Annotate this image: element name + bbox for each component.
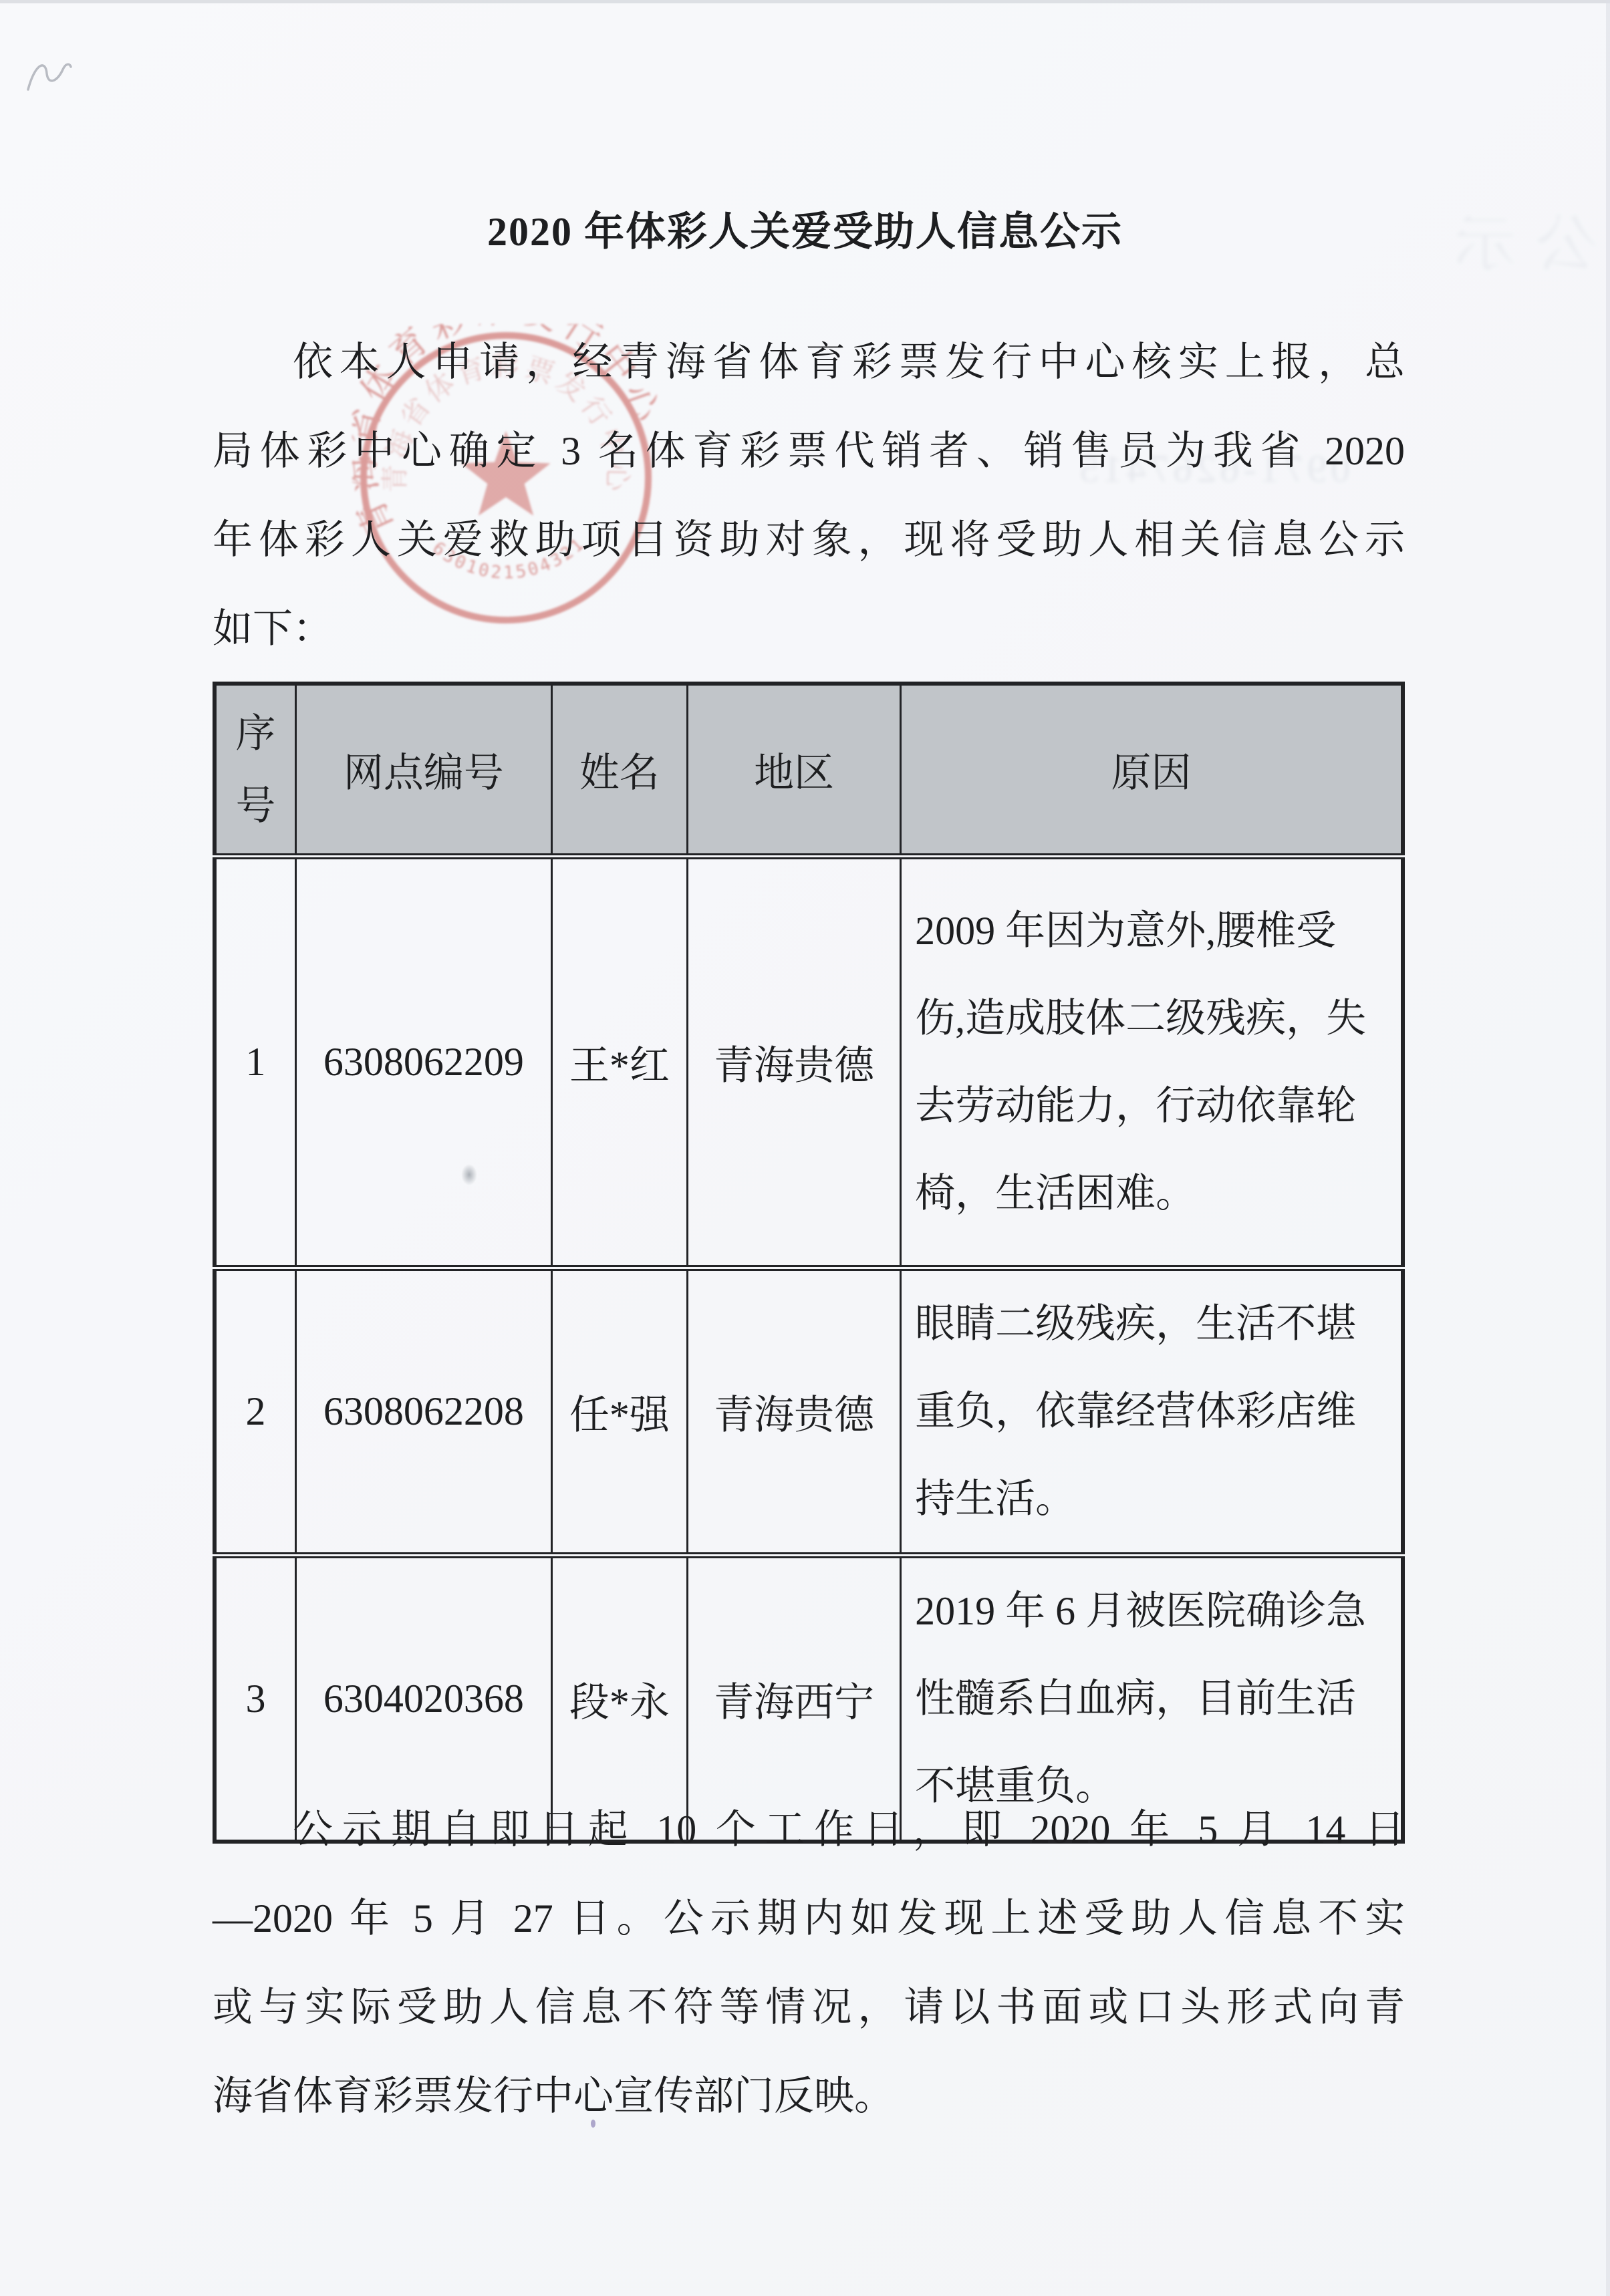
cell-region: 青海贵德 bbox=[688, 857, 901, 1268]
intro-paragraph: 依本人申请，经青海省体育彩票发行中心核实上报，总 局体彩中心确定 3 名体育彩票… bbox=[213, 318, 1405, 674]
recipients-table-wrap: 序号 网点编号 姓名 地区 原因 1 6308062209 王*红 青海贵德 2… bbox=[213, 682, 1405, 1844]
header-reason-label: 原因 bbox=[1111, 751, 1192, 795]
cell-region: 青海贵德 bbox=[688, 1268, 901, 1556]
table-row: 2 6308062208 任*强 青海贵德 眼睛二级残疾，生活不堪重负，依靠经营… bbox=[215, 1268, 1403, 1556]
document-title: 2020 年体彩人关爱受助人信息公示 bbox=[0, 200, 1610, 264]
recipients-table: 序号 网点编号 姓名 地区 原因 1 6308062209 王*红 青海贵德 2… bbox=[213, 682, 1405, 1844]
header-reason: 原因 bbox=[901, 684, 1403, 857]
scan-edge-right bbox=[1606, 0, 1610, 2296]
document-page: 公示 0971-6267415 青海省体育彩票发行中心 青海省体育彩票发行中心 … bbox=[0, 0, 1610, 2296]
cell-reason: 眼睛二级残疾，生活不堪重负，依靠经营体彩店维持生活。 bbox=[901, 1268, 1403, 1556]
header-name: 姓名 bbox=[551, 684, 687, 857]
intro-line-4: 如下： bbox=[213, 585, 1405, 674]
intro-line-2: 局体彩中心确定 3 名体育彩票代销者、销售员为我省 2020 bbox=[213, 407, 1405, 496]
table-row: 1 6308062209 王*红 青海贵德 2009 年因为意外,腰椎受伤,造成… bbox=[215, 857, 1403, 1268]
header-region: 地区 bbox=[688, 684, 901, 857]
closing-line-3: 或与实际受助人信息不符等情况，请以书面或口头形式向青 bbox=[213, 1963, 1405, 2052]
closing-paragraph: 公示期自即日起 10 个工作日，即 2020 年 5 月 14 日 —2020 … bbox=[213, 1785, 1405, 2141]
table-header-row: 序号 网点编号 姓名 地区 原因 bbox=[215, 684, 1403, 857]
header-outlet-code: 网点编号 bbox=[296, 684, 552, 857]
cell-outlet-code: 6308062209 bbox=[296, 857, 552, 1268]
header-serial-no-label: 序号 bbox=[233, 698, 279, 842]
cell-serial-no: 1 bbox=[215, 857, 296, 1268]
pen-squiggle-mark bbox=[21, 40, 86, 104]
intro-line-1: 依本人申请，经青海省体育彩票发行中心核实上报，总 bbox=[213, 318, 1405, 407]
header-serial-no: 序号 bbox=[215, 684, 296, 857]
cell-name: 任*强 bbox=[551, 1268, 687, 1556]
closing-line-1: 公示期自即日起 10 个工作日，即 2020 年 5 月 14 日 bbox=[213, 1785, 1405, 1874]
cell-outlet-code: 6308062208 bbox=[296, 1268, 552, 1556]
header-region-label: 地区 bbox=[754, 751, 834, 795]
scan-edge-top bbox=[0, 0, 1610, 3]
intro-line-3: 年体彩人关爱救助项目资助对象，现将受助人相关信息公示 bbox=[213, 496, 1405, 585]
cell-name: 王*红 bbox=[551, 857, 687, 1268]
closing-line-2: —2020 年 5 月 27 日。公示期内如发现上述受助人信息不实 bbox=[213, 1874, 1405, 1963]
cell-reason: 2009 年因为意外,腰椎受伤,造成肢体二级残疾，失去劳动能力，行动依靠轮椅，生… bbox=[901, 857, 1403, 1268]
cell-serial-no: 2 bbox=[215, 1268, 296, 1556]
closing-line-4: 海省体育彩票发行中心宣传部门反映。 bbox=[213, 2052, 1405, 2141]
header-name-label: 姓名 bbox=[579, 751, 660, 795]
header-outlet-code-label: 网点编号 bbox=[344, 751, 504, 795]
